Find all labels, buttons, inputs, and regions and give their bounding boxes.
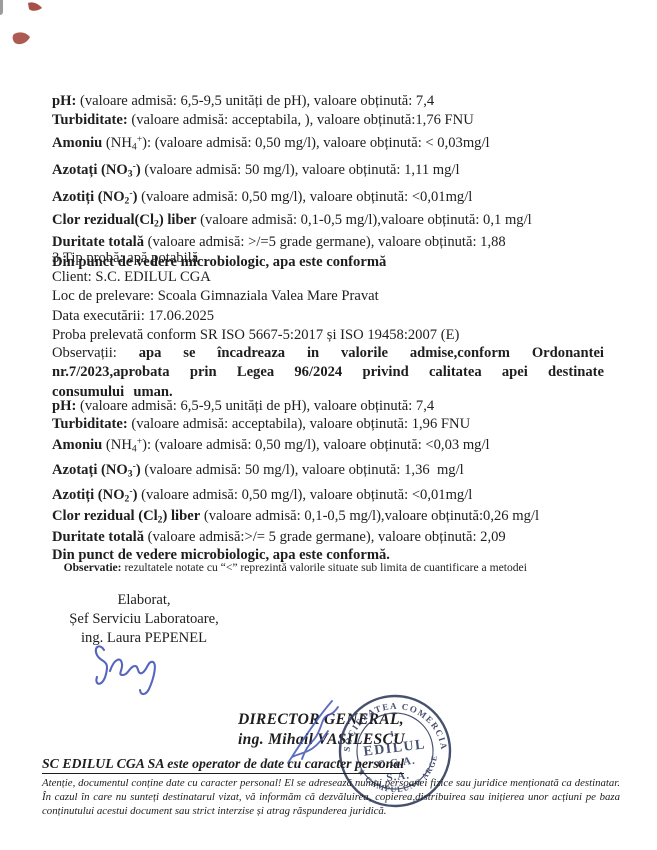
- note-text: rezultatele notate cu “<” reprezintă val…: [122, 561, 527, 574]
- data-operator-statement: SC EDILUL CGA SA este operator de date c…: [42, 756, 404, 774]
- signatory-role-1: Elaborat,: [62, 591, 226, 610]
- sample-info-block: 3.Tip probă: apă potabilăClient: S.C. ED…: [52, 249, 459, 345]
- text-line: Azotați (NO3-) (valoare admisă: 50 mg/l)…: [52, 157, 532, 184]
- text-line: Turbiditate: (valoare admisă: acceptabil…: [52, 111, 532, 130]
- results-block-1: pH: (valoare admisă: 6,5-9,5 unități de …: [52, 92, 532, 272]
- text-line: Azotiți (NO2-) (valoare admisă: 0,50 mg/…: [52, 184, 532, 211]
- text-line: Data executării: 17.06.2025: [52, 307, 459, 326]
- text-line: Loc de prelevare: Scoala Gimnaziala Vale…: [52, 287, 459, 306]
- scan-edge-artifact: [0, 0, 3, 15]
- water-analysis-report-page: pH: (valoare admisă: 6,5-9,5 unități de …: [0, 0, 657, 850]
- text-line: pH: (valoare admisă: 6,5-9,5 unități de …: [52, 92, 532, 111]
- handwritten-signature-icon: [88, 640, 180, 704]
- text-line: Turbiditate: (valoare admisă: acceptabil…: [52, 416, 539, 434]
- quantification-note: Observatie: rezultatele notate cu “<” re…: [52, 548, 527, 587]
- text-line: Clor rezidual (Cl2) liber (valoare admis…: [52, 508, 539, 529]
- signatory-role-2: Șef Serviciu Laboratoare,: [62, 610, 226, 629]
- observations-paragraph: Observații: apa se încadreaza in valoril…: [52, 344, 604, 402]
- note-label: Observatie:: [64, 561, 122, 574]
- text-line: Clor rezidual(Cl2) liber (valoare admisă…: [52, 211, 532, 234]
- results-block-2: pH: (valoare admisă: 6,5-9,5 unități de …: [52, 398, 539, 564]
- confidentiality-disclaimer: Atenție, documentul conține date cu cara…: [42, 776, 620, 819]
- observations-label: Observații:: [52, 345, 139, 361]
- text-line: Azotați (NO3-) (valoare admisă: 50 mg/l)…: [52, 458, 539, 483]
- text-line: 3.Tip probă: apă potabilă: [52, 249, 459, 268]
- text-line: Amoniu (NH4+): (valoare admisă: 0,50 mg/…: [52, 130, 532, 157]
- text-line: Client: S.C. EDILUL CGA: [52, 268, 459, 287]
- text-line: Azotiți (NO2-) (valoare admisă: 0,50 mg/…: [52, 483, 539, 508]
- text-line: Proba prelevată conform SR ISO 5667-5:20…: [52, 326, 459, 345]
- red-pen-marks: [6, 0, 56, 58]
- text-line: Duritate totală (valoare admisă:>/= 5 gr…: [52, 529, 539, 547]
- text-line: pH: (valoare admisă: 6,5-9,5 unități de …: [52, 398, 539, 416]
- text-line: Amoniu (NH4+): (valoare admisă: 0,50 mg/…: [52, 433, 539, 458]
- stamp-center-number: 1.: [389, 729, 396, 739]
